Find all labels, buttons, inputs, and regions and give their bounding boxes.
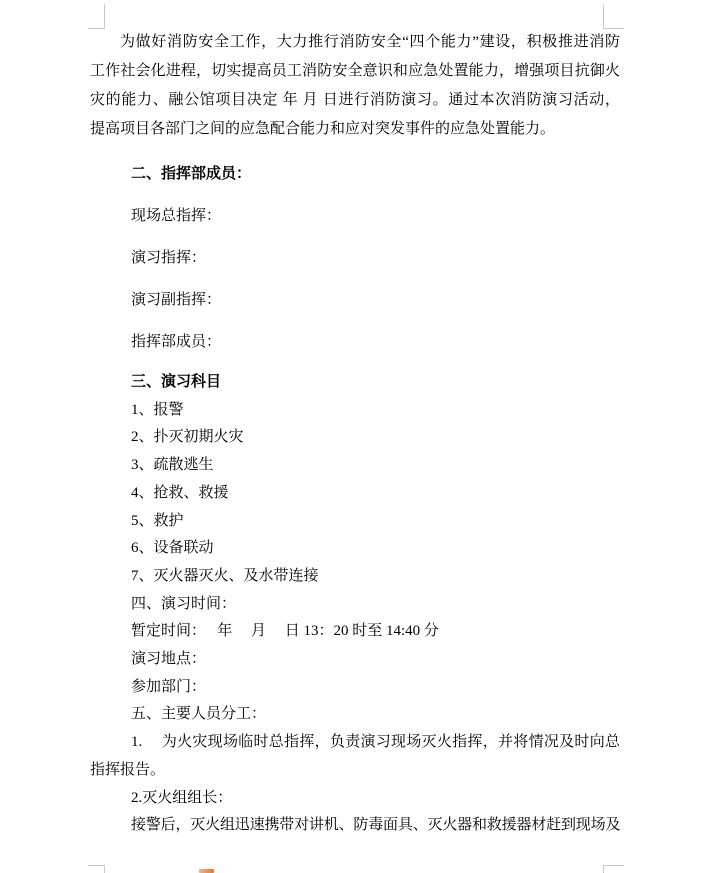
section5-item2-heading: 2.灭火组组长： [90, 785, 620, 813]
section2-item-members: 指挥部成员： [90, 321, 620, 363]
section3-item-6: 6、设备联动 [90, 535, 620, 563]
crop-mark-top-right [603, 4, 624, 29]
section2-item-drill-chief: 演习指挥： [90, 237, 620, 279]
intro-line-4: 提高项目各部门之间的应急配合能力和应对突发事件的应急处置能力。 [90, 115, 620, 144]
section3-item-3: 3、疏散逃生 [90, 452, 620, 480]
section5-item2-body-line: 接警后，灭火组迅速携带对讲机、防毒面具、灭火器和救援器材赶到现场及 [90, 812, 620, 840]
section4-departments-line: 参加部门： [90, 674, 620, 702]
document-page: 为做好消防安全工作，大力推行消防安全“四个能力”建设，积极推进消防 工作社会化进… [0, 0, 711, 873]
section3-item-2: 2、扑灭初期火灾 [90, 424, 620, 452]
section4-location-line: 演习地点： [90, 646, 620, 674]
intro-line-2: 工作社会化进程，切实提高员工消防安全意识和应急处置能力，增强项目抗御火 [90, 57, 620, 86]
section4-time-line: 暂定时间： 年 月 日 13：20 时至 14:40 分 [90, 618, 620, 646]
crop-mark-bottom-right [603, 865, 624, 873]
section5-heading: 五、主要人员分工： [90, 701, 620, 729]
section3-heading: 三、演习科目 [90, 369, 620, 397]
intro-line-1: 为做好消防安全工作，大力推行消防安全“四个能力”建设，积极推进消防 [90, 28, 620, 57]
section3-item-1: 1、报警 [90, 397, 620, 425]
section4-heading: 四、演习时间： [90, 591, 620, 619]
section5-item1-line1: 1. 为火灾现场临时总指挥，负责演习现场灭火指挥，并将情况及时向总 [90, 729, 620, 757]
cutoff-orange-artifact [199, 869, 214, 873]
document-body: 为做好消防安全工作，大力推行消防安全“四个能力”建设，积极推进消防 工作社会化进… [90, 28, 620, 840]
section3-item-7: 7、灭火器灭火、及水带连接 [90, 563, 620, 591]
section2-heading: 二、指挥部成员： [90, 153, 620, 195]
section3-item-4: 4、抢救、救援 [90, 480, 620, 508]
section5-item1-line2: 指挥报告。 [90, 757, 620, 785]
section2-item-onsite-chief: 现场总指挥： [90, 195, 620, 237]
section2-item-deputy-chief: 演习副指挥： [90, 279, 620, 321]
section3-item-5: 5、救护 [90, 508, 620, 536]
crop-mark-bottom-left [88, 865, 105, 873]
intro-line-3: 灾的能力、融公馆项目决定 年 月 日进行消防演习。通过本次消防演习活动， [90, 86, 620, 115]
crop-mark-top-left [88, 4, 105, 29]
